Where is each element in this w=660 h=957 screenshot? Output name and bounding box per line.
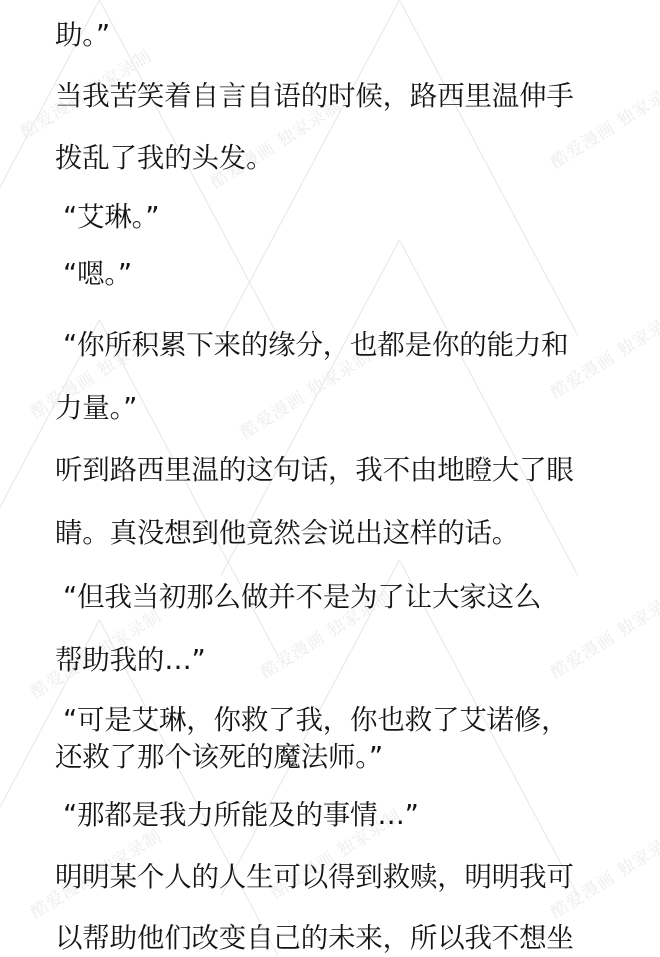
text-line: 以帮助他们改变自己的未来，所以我不想坐 — [55, 922, 574, 954]
text-line: “嗯。” — [63, 258, 132, 290]
text-line: 助。” — [55, 19, 110, 51]
document-page: 助。” 当我苦笑着自言自语的时候，路西里温伸手 拨乱了我的头发。 “艾琳。” “… — [0, 0, 660, 957]
text-line: 睛。真没想到他竟然会说出这样的话。 — [55, 517, 519, 549]
text-line: 当我苦笑着自言自语的时候，路西里温伸手 — [55, 80, 574, 112]
text-line: 帮助我的…” — [55, 644, 206, 676]
text-line: 还救了那个该死的魔法师。” — [55, 741, 383, 773]
text-line: 明明某个人的人生可以得到救赎，明明我可 — [55, 861, 574, 893]
text-line: “但我当初那么做并不是为了让大家这么 — [63, 581, 541, 613]
text-line: “可是艾琳，你救了我，你也救了艾诺修， — [63, 704, 568, 736]
text-line: 拨乱了我的头发。 — [55, 142, 273, 174]
text-line: “艾琳。” — [63, 201, 159, 233]
text-line: 力量。” — [55, 392, 137, 424]
text-line: 听到路西里温的这句话，我不由地瞪大了眼 — [55, 454, 574, 486]
text-line: “你所积累下来的缘分，也都是你的能力和 — [63, 329, 568, 361]
text-line: “那都是我力所能及的事情…” — [63, 799, 419, 831]
